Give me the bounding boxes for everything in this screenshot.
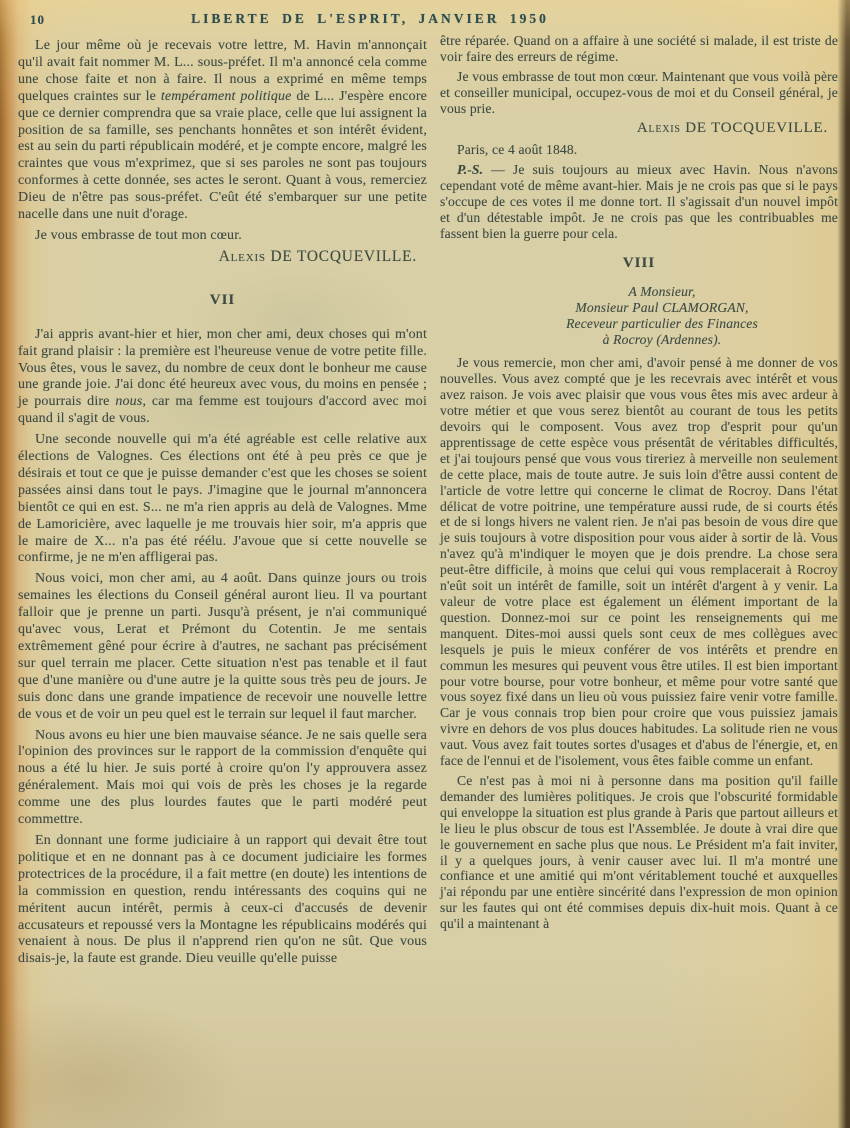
journal-title: LIBERTE DE L'ESPRIT, JANVIER 1950 <box>90 11 650 27</box>
address-block: A Monsieur, Monsieur Paul CLAMORGAN, Rec… <box>440 284 838 348</box>
address-line: à Rocroy (Ardennes). <box>486 332 838 348</box>
left-column: Le jour même où je recevais votre lettre… <box>18 38 427 972</box>
italic-run: nous <box>115 394 142 409</box>
paragraph: Nous voici, mon cher ami, au 4 août. Dan… <box>18 571 427 723</box>
address-line: Monsieur Paul CLAMORGAN, <box>486 300 838 316</box>
section-heading-viii: VIII <box>440 256 838 272</box>
paragraph: être réparée. Quand on a affaire à une s… <box>440 33 838 65</box>
paragraph: Ce n'est pas à moi ni à personne dans ma… <box>440 773 838 932</box>
scanned-page: 10 LIBERTE DE L'ESPRIT, JANVIER 1950 Le … <box>0 0 850 1128</box>
text-run: — Je suis toujours au mieux avec Havin. … <box>440 162 838 241</box>
paragraph: Je vous remercie, mon cher ami, d'avoir … <box>440 355 838 769</box>
signature: Alexis DE TOCQUEVILLE. <box>18 249 427 266</box>
paragraph: Nous avons eu hier une bien mauvaise séa… <box>18 728 427 829</box>
address-line: A Monsieur, <box>486 284 838 300</box>
paragraph: Une seconde nouvelle qui m'a été agréabl… <box>18 432 427 567</box>
signature: Alexis DE TOCQUEVILLE. <box>440 121 838 137</box>
paragraph: Le jour même où je recevais votre lettre… <box>18 38 427 224</box>
address-line: Receveur particulier des Finances <box>486 316 838 332</box>
italic-run: tempérament politique <box>161 89 292 104</box>
text-run: de L... J'espère encore que ce dernier c… <box>18 89 427 222</box>
postscript: P.-S. — Je suis toujours au mieux avec H… <box>440 162 838 242</box>
paragraph: En donnant une forme judiciaire à un rap… <box>18 833 427 968</box>
letter-closing: Je vous embrasse de tout mon cœur. <box>18 228 427 245</box>
page-number: 10 <box>30 12 45 28</box>
right-column: être réparée. Quand on a affaire à une s… <box>440 33 838 936</box>
paragraph: J'ai appris avant-hier et hier, mon cher… <box>18 327 427 428</box>
dateline: Paris, ce 4 août 1848. <box>440 142 838 158</box>
letter-closing: Je vous embrasse de tout mon cœur. Maint… <box>440 69 838 117</box>
section-heading-vii: VII <box>18 292 427 309</box>
postscript-label: P.-S. <box>457 162 483 177</box>
